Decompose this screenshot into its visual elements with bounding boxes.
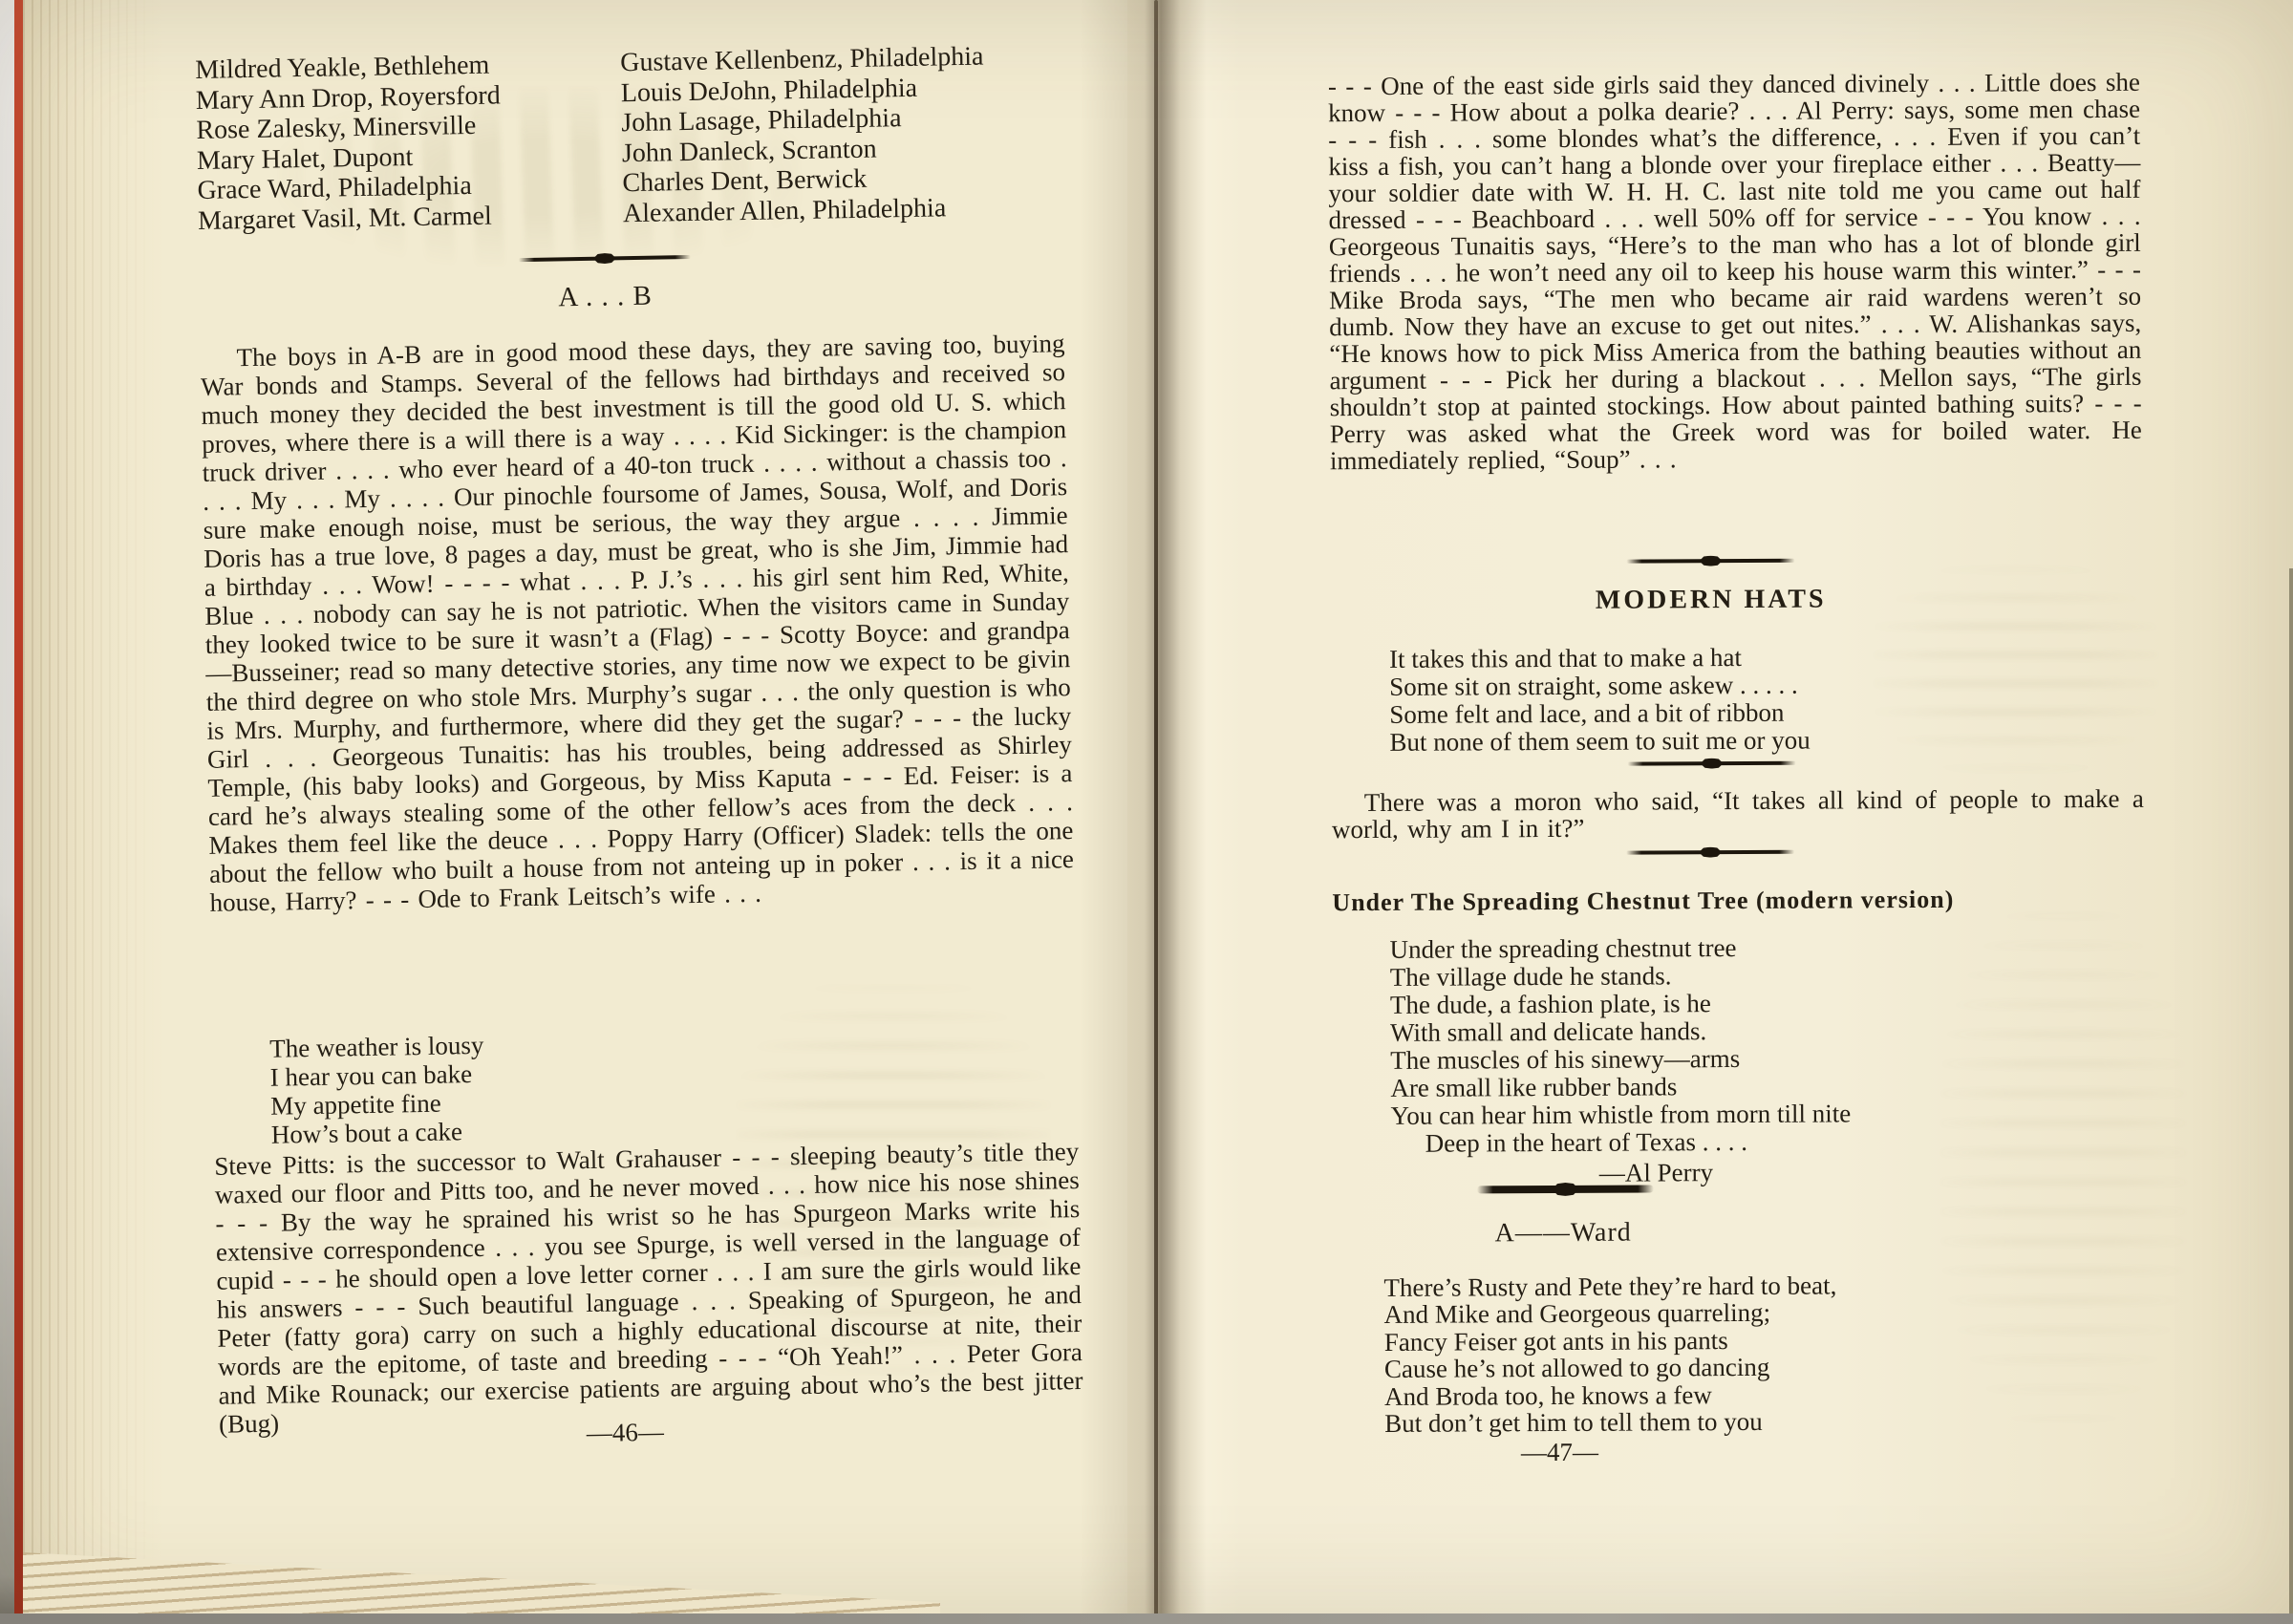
ode-poem: The weather is lousy I hear you can bake… bbox=[269, 1031, 485, 1149]
poem-line: The weather is lousy bbox=[269, 1031, 484, 1063]
book-gutter-shadow bbox=[1080, 0, 1242, 1624]
modern-hats-heading: MODERN HATS bbox=[1331, 583, 2091, 617]
right-page-content: - - - One of the east side girls said th… bbox=[1327, 0, 2148, 1624]
roster-column-right: Gustave Kellenbenz, Philadelphia Louis D… bbox=[620, 40, 1062, 228]
chestnut-heading: Under The Spreading Chestnut Tree (moder… bbox=[1332, 887, 1790, 918]
chestnut-poem: Under the spreading chestnut tree The vi… bbox=[1390, 933, 1852, 1158]
gossip-paragraph: - - - One of the east side girls said th… bbox=[1328, 69, 2142, 474]
a-ward-heading: A——Ward bbox=[1334, 1217, 1792, 1250]
poem-line: You can hear him whistle from morn till … bbox=[1390, 1100, 1851, 1130]
body-paragraph-2: Steve Pitts: is the successor to Walt Gr… bbox=[214, 1137, 1083, 1439]
book-cover-red-edge bbox=[14, 0, 23, 1624]
poem-line: The muscles of his sinewy—arms bbox=[1390, 1044, 1851, 1075]
poem-line: Some sit on straight, some askew . . . .… bbox=[1389, 672, 1810, 701]
poem-line: How’s bout a cake bbox=[271, 1117, 486, 1149]
photo-right-edge bbox=[2289, 568, 2293, 1624]
poem-line: Are small like rubber bands bbox=[1390, 1072, 1851, 1102]
book-gutter-crease bbox=[1154, 0, 1158, 1624]
poem-line: But don’t get him to tell them to you bbox=[1384, 1407, 1837, 1437]
poem-line: Fancy Feiser got ants in his pants bbox=[1384, 1326, 1837, 1356]
roster: Mildred Yeakle, Bethlehem Mary Ann Drop,… bbox=[195, 40, 1062, 236]
moron-quote: There was a moron who said, “It takes al… bbox=[1332, 785, 2144, 843]
divider-ornament-icon bbox=[519, 255, 691, 262]
roster-column-left: Mildred Yeakle, Bethlehem Mary Ann Drop,… bbox=[195, 48, 623, 236]
divider-ornament-icon bbox=[1627, 559, 1795, 564]
poem-line: Deep in the heart of Texas . . . . bbox=[1425, 1127, 1852, 1157]
poem-line: Cause he’s not allowed to go dancing bbox=[1384, 1354, 1837, 1383]
left-page-content: Mildred Yeakle, Bethlehem Mary Ann Drop,… bbox=[194, 0, 1087, 1624]
divider-ornament-thick-icon bbox=[1477, 1185, 1654, 1193]
poem-line: There’s Rusty and Pete they’re hard to b… bbox=[1383, 1271, 1836, 1301]
poem-line: The village dude he stands. bbox=[1390, 961, 1851, 992]
poem-line: The dude, a fashion plate, is he bbox=[1390, 989, 1851, 1019]
modern-hats-poem: It takes this and that to make a hat Som… bbox=[1389, 644, 1811, 757]
poem-line: I hear you can bake bbox=[269, 1059, 484, 1092]
divider-ornament-icon bbox=[1626, 850, 1794, 855]
left-page-edge-striations bbox=[23, 0, 157, 1624]
book-spread-photo: Mildred Yeakle, Bethlehem Mary Ann Drop,… bbox=[0, 0, 2293, 1624]
poem-line: Some felt and lace, and a bit of ribbon bbox=[1389, 699, 1810, 729]
page-number-47: —47— bbox=[1335, 1437, 1784, 1468]
section-heading-ab: A . . . B bbox=[199, 274, 1011, 320]
divider-ornament-icon bbox=[1628, 761, 1796, 766]
poem-line: And Mike and Georgeous quarreling; bbox=[1384, 1299, 1837, 1329]
photo-left-margin bbox=[0, 0, 14, 1624]
poem-line: It takes this and that to make a hat bbox=[1389, 644, 1810, 673]
a-ward-poem: There’s Rusty and Pete they’re hard to b… bbox=[1383, 1271, 1837, 1437]
poem-line: Under the spreading chestnut tree bbox=[1390, 933, 1851, 964]
poem-attribution: —Al Perry bbox=[1599, 1158, 1713, 1188]
poem-line: But none of them seem to suit me or you bbox=[1389, 727, 1810, 757]
photo-bottom-edge bbox=[0, 1613, 2293, 1624]
poem-line: With small and delicate hands. bbox=[1390, 1016, 1851, 1047]
poem-line: And Broda too, he knows a few bbox=[1384, 1380, 1837, 1410]
poem-line: My appetite fine bbox=[270, 1088, 485, 1121]
body-paragraph-1: The boys in A-B are in good mood these d… bbox=[200, 329, 1074, 917]
